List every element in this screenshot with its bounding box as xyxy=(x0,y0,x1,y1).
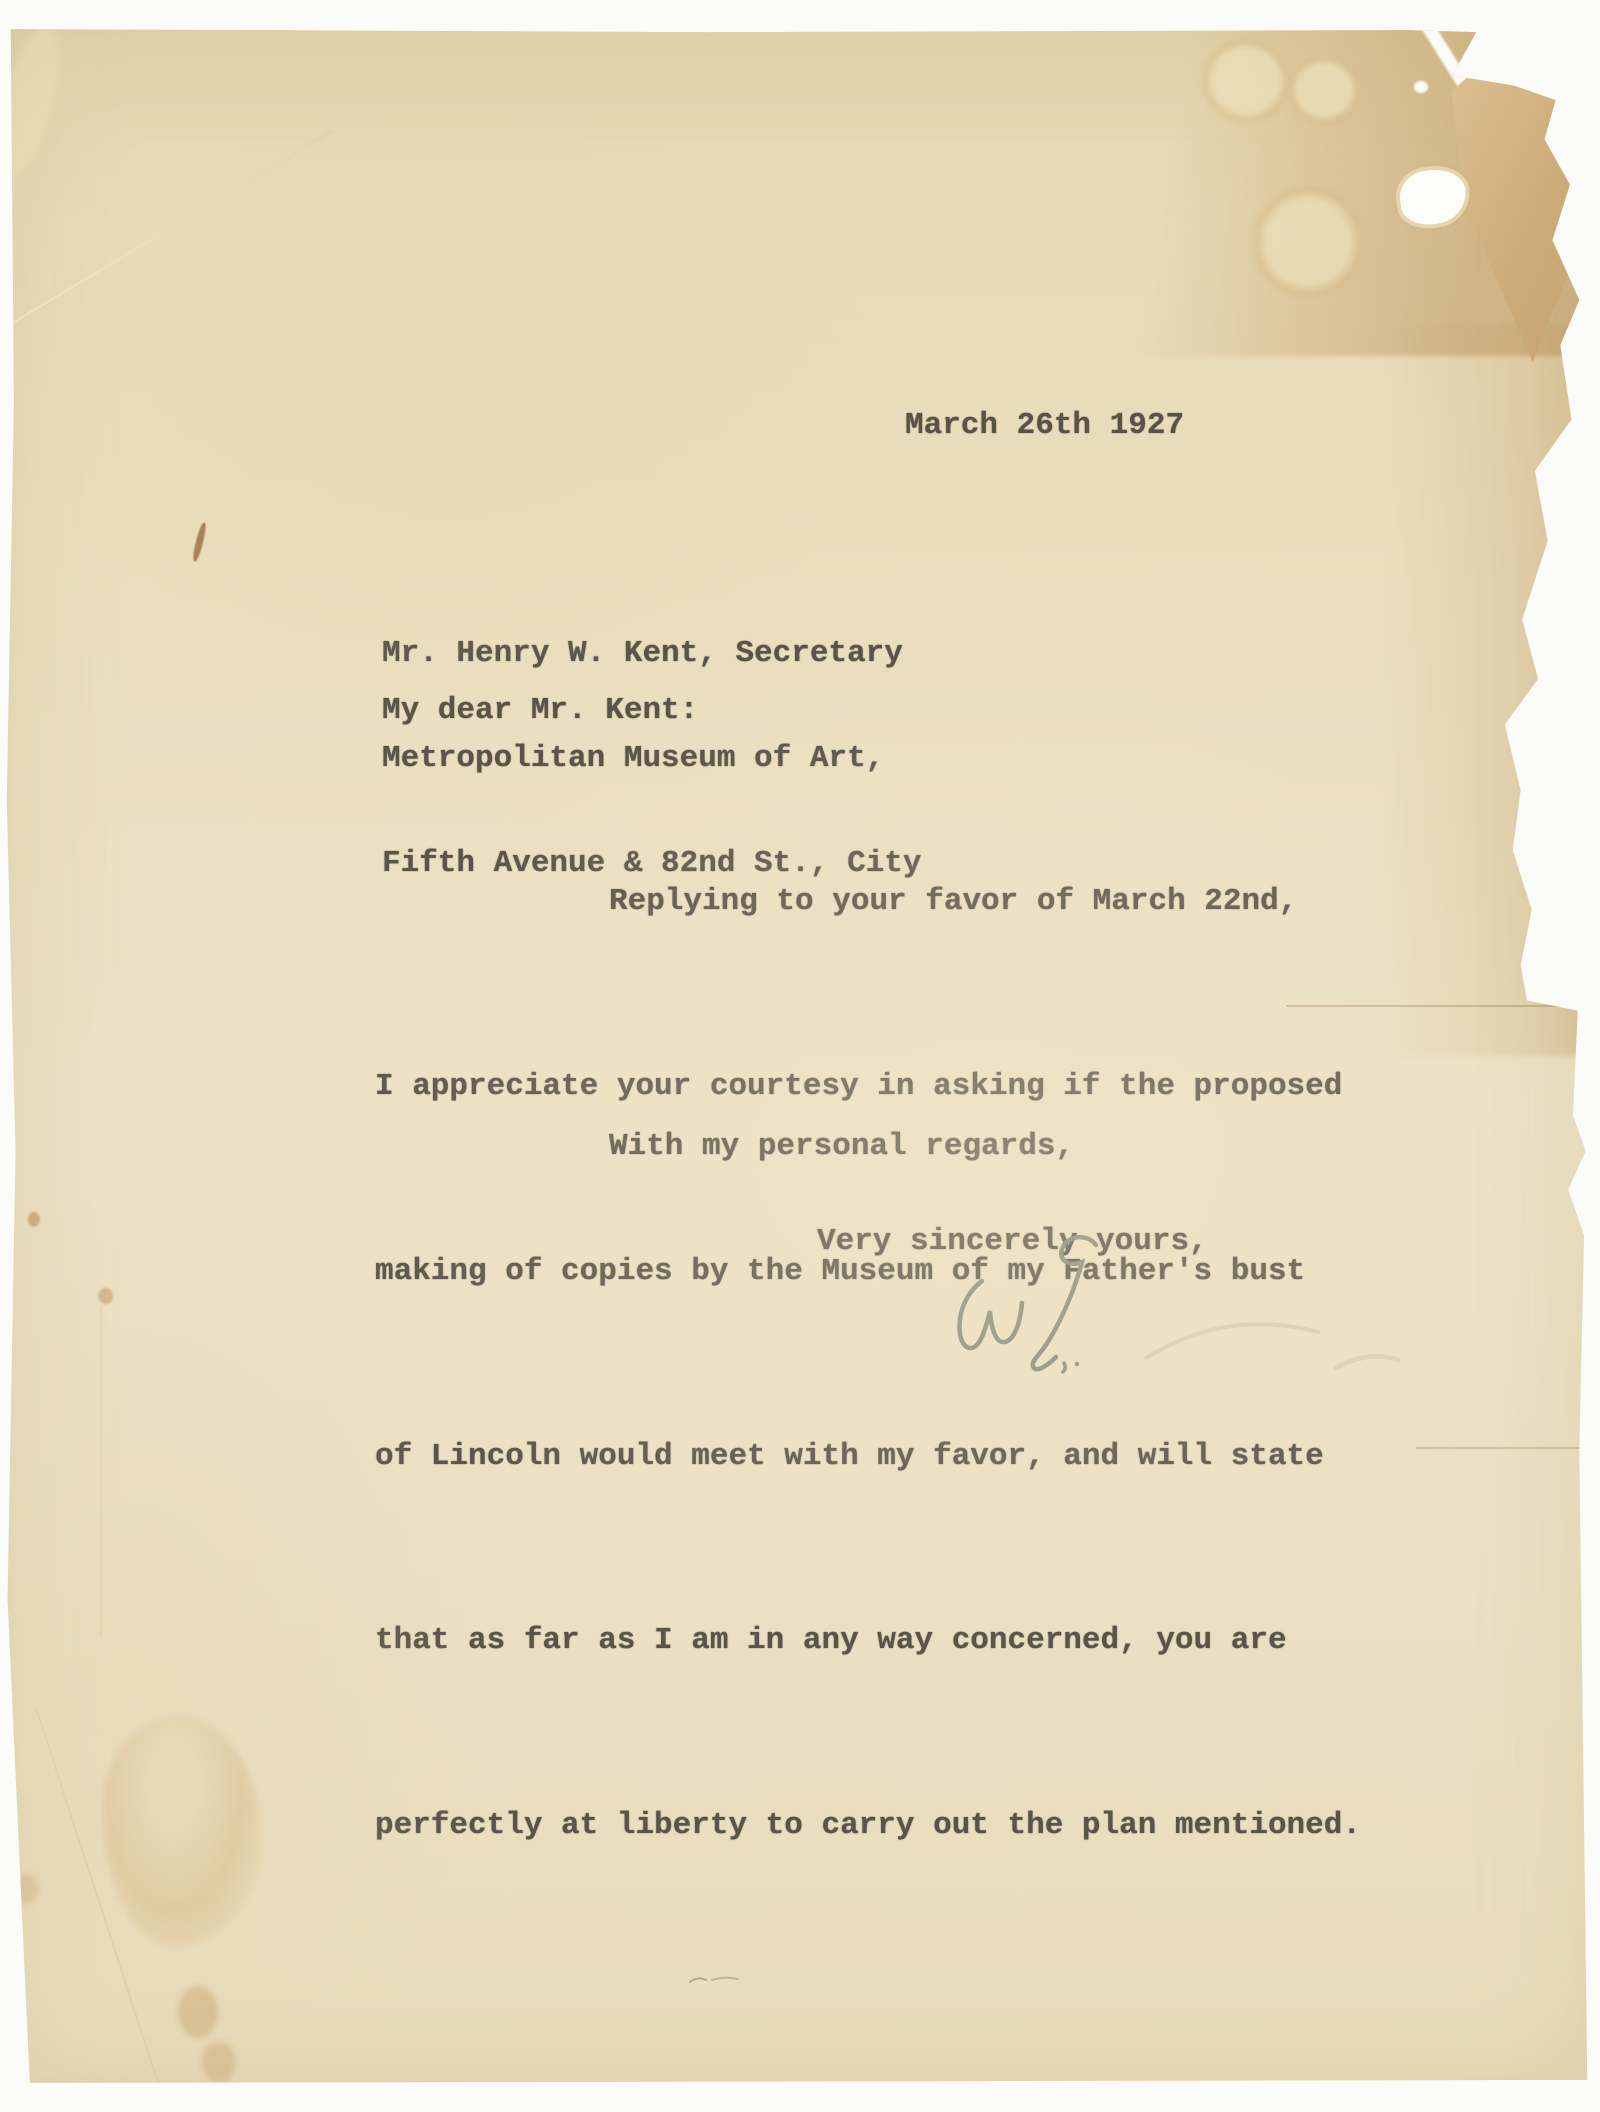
paper-crease xyxy=(1416,1447,1592,1449)
rust-spot xyxy=(98,1288,113,1304)
body-line: I appreciate your courtesy in asking if … xyxy=(375,1056,1361,1118)
water-ring-stain xyxy=(1252,186,1364,298)
body-line: Replying to your favor of March 22nd, xyxy=(375,871,1361,933)
salutation: My dear Mr. Kent: xyxy=(382,692,698,730)
stain-bottom-left xyxy=(102,1716,262,1946)
water-ring-stain xyxy=(1288,56,1360,124)
tear-speck xyxy=(1414,81,1428,93)
closing-line: With my personal regards, xyxy=(609,1127,1074,1167)
water-ring-stain xyxy=(1202,39,1290,123)
paper-crease xyxy=(5,130,332,327)
body-line: of Lincoln would meet with my favor, and… xyxy=(375,1426,1361,1488)
letter-page: March 26th 1927 Mr. Henry W. Kent, Secre… xyxy=(6,26,1592,2086)
stain-spot xyxy=(202,2042,236,2082)
document-scan: March 26th 1927 Mr. Henry W. Kent, Secre… xyxy=(0,0,1600,2112)
rust-spot xyxy=(28,1212,40,1227)
stain-spot xyxy=(14,1874,38,1904)
pencil-smudge xyxy=(686,1970,746,1988)
pencil-ghost-strokes xyxy=(1136,1276,1456,1416)
recipient-line: Mr. Henry W. Kent, Secretary xyxy=(382,636,922,671)
paper-crease xyxy=(100,1306,102,1636)
body-line: perfectly at liberty to carry out the pl… xyxy=(375,1795,1361,1857)
water-ring-stain xyxy=(0,23,70,182)
body-line: that as far as I am in any way concerned… xyxy=(375,1610,1361,1672)
stain-right-edge xyxy=(1384,326,1592,1056)
rust-mark xyxy=(191,522,207,563)
date-line: March 26th 1927 xyxy=(905,408,1184,444)
stain-spot xyxy=(178,1986,218,2038)
